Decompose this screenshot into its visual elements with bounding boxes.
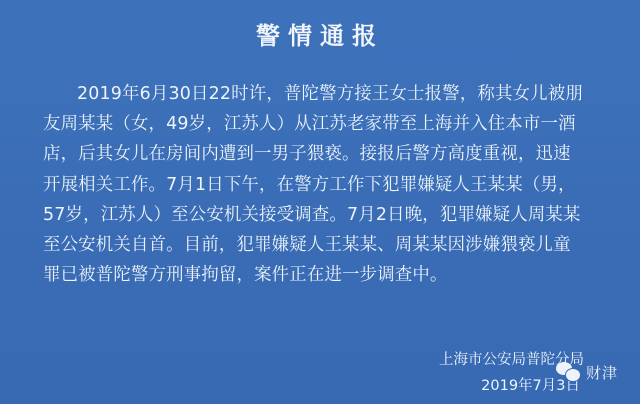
notice-body: 2019年6月30日22时许，普陀警方接王女士报警，称其女儿被朋 友周某某（女，… — [43, 79, 603, 290]
body-line: 友周某某（女，49岁，江苏人）从江苏老家带至上海并入住本市一酒 — [43, 109, 603, 139]
notice-title: 警情通报 — [0, 16, 640, 51]
source-watermark: 财津 — [556, 361, 618, 383]
body-line: 开展相关工作。7月1日下午，在警方工作下犯罪嫌疑人王某某（男， — [43, 170, 603, 200]
body-line: 店，后其女儿在房间内遭到一男子猥亵。接报后警方高度重视，迅速 — [43, 139, 603, 169]
police-notice: 警情通报 2019年6月30日22时许，普陀警方接王女士报警，称其女儿被朋 友周… — [0, 0, 640, 404]
body-line: 至公安机关自首。目前，犯罪嫌疑人王某某、周某某因涉嫌猥亵儿童 — [43, 230, 603, 260]
body-line: 57岁，江苏人）至公安机关接受调查。7月2日晚，犯罪嫌疑人周某某 — [43, 200, 603, 230]
wechat-icon — [556, 361, 584, 383]
body-line: 2019年6月30日22时许，普陀警方接王女士报警，称其女儿被朋 — [43, 79, 603, 109]
body-line: 罪已被普陀警方刑事拘留，案件正在进一步调查中。 — [43, 260, 603, 290]
watermark-label: 财津 — [586, 362, 618, 383]
